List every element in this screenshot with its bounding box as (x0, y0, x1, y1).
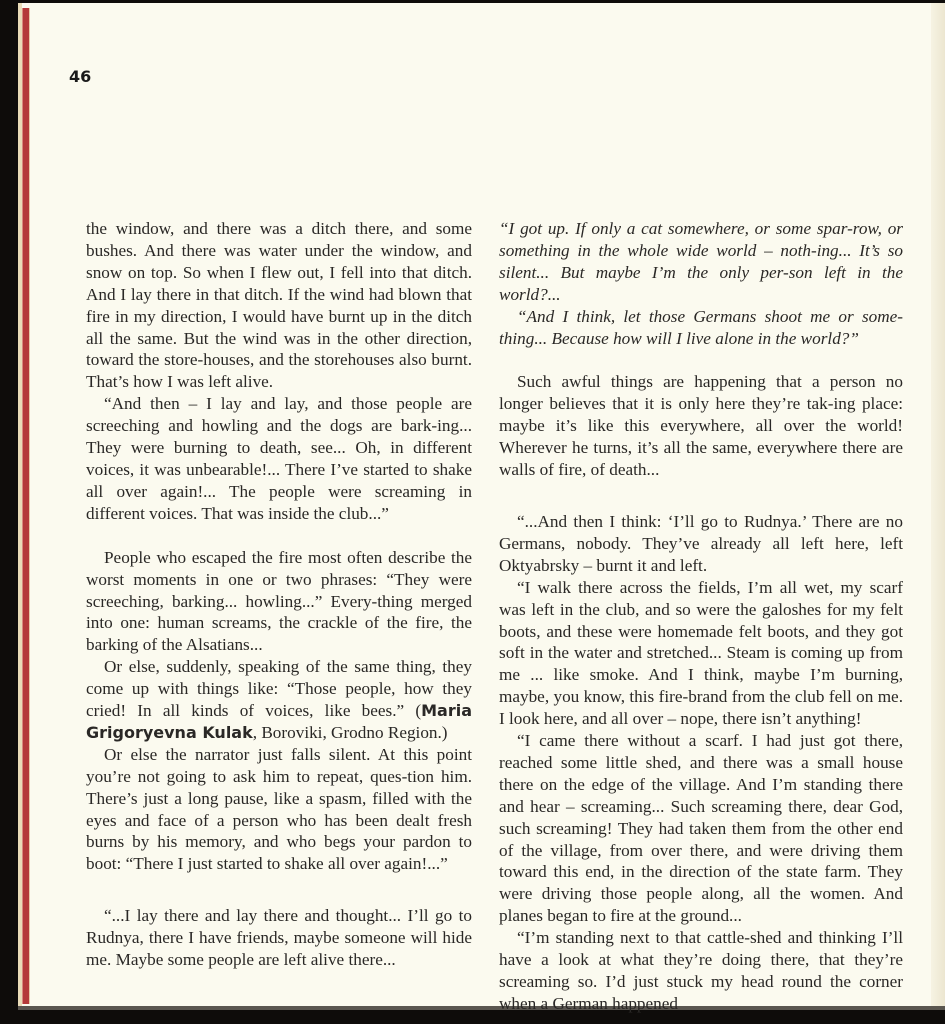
spine-bookmark-ribbon (22, 8, 30, 1004)
paragraph-text: Or else, suddenly, speaking of the same … (86, 657, 472, 720)
paragraph-with-attribution: Or else, suddenly, speaking of the same … (86, 656, 472, 744)
paragraph: “I walk there across the fields, I’m all… (499, 577, 903, 730)
italic-paragraph: “And I think, let those Germans shoot me… (499, 306, 903, 350)
right-column: “I got up. If only a cat somewhere, or s… (499, 218, 903, 1015)
speaker-location: , Boroviki, Grodno Region.) (253, 723, 448, 742)
paragraph: Such awful things are happening that a p… (499, 371, 903, 481)
paragraph: “...I lay there and lay there and though… (86, 905, 472, 971)
left-column: the window, and there was a ditch there,… (86, 218, 472, 971)
paragraph: “I came there without a scarf. I had jus… (499, 730, 903, 927)
paragraph: “I’m standing next to that cattle-shed a… (499, 927, 903, 1015)
italic-paragraph: “I got up. If only a cat somewhere, or s… (499, 218, 903, 306)
paragraph: “And then – I lay and lay, and those peo… (86, 393, 472, 524)
paragraph: the window, and there was a ditch there,… (86, 218, 472, 393)
paragraph: “...And then I think: ‘I’ll go to Rudnya… (499, 511, 903, 577)
page-number: 46 (69, 67, 91, 86)
paragraph: Or else the narrator just falls silent. … (86, 744, 472, 875)
paragraph: People who escaped the fire most often d… (86, 547, 472, 657)
page-edge (931, 3, 945, 1008)
